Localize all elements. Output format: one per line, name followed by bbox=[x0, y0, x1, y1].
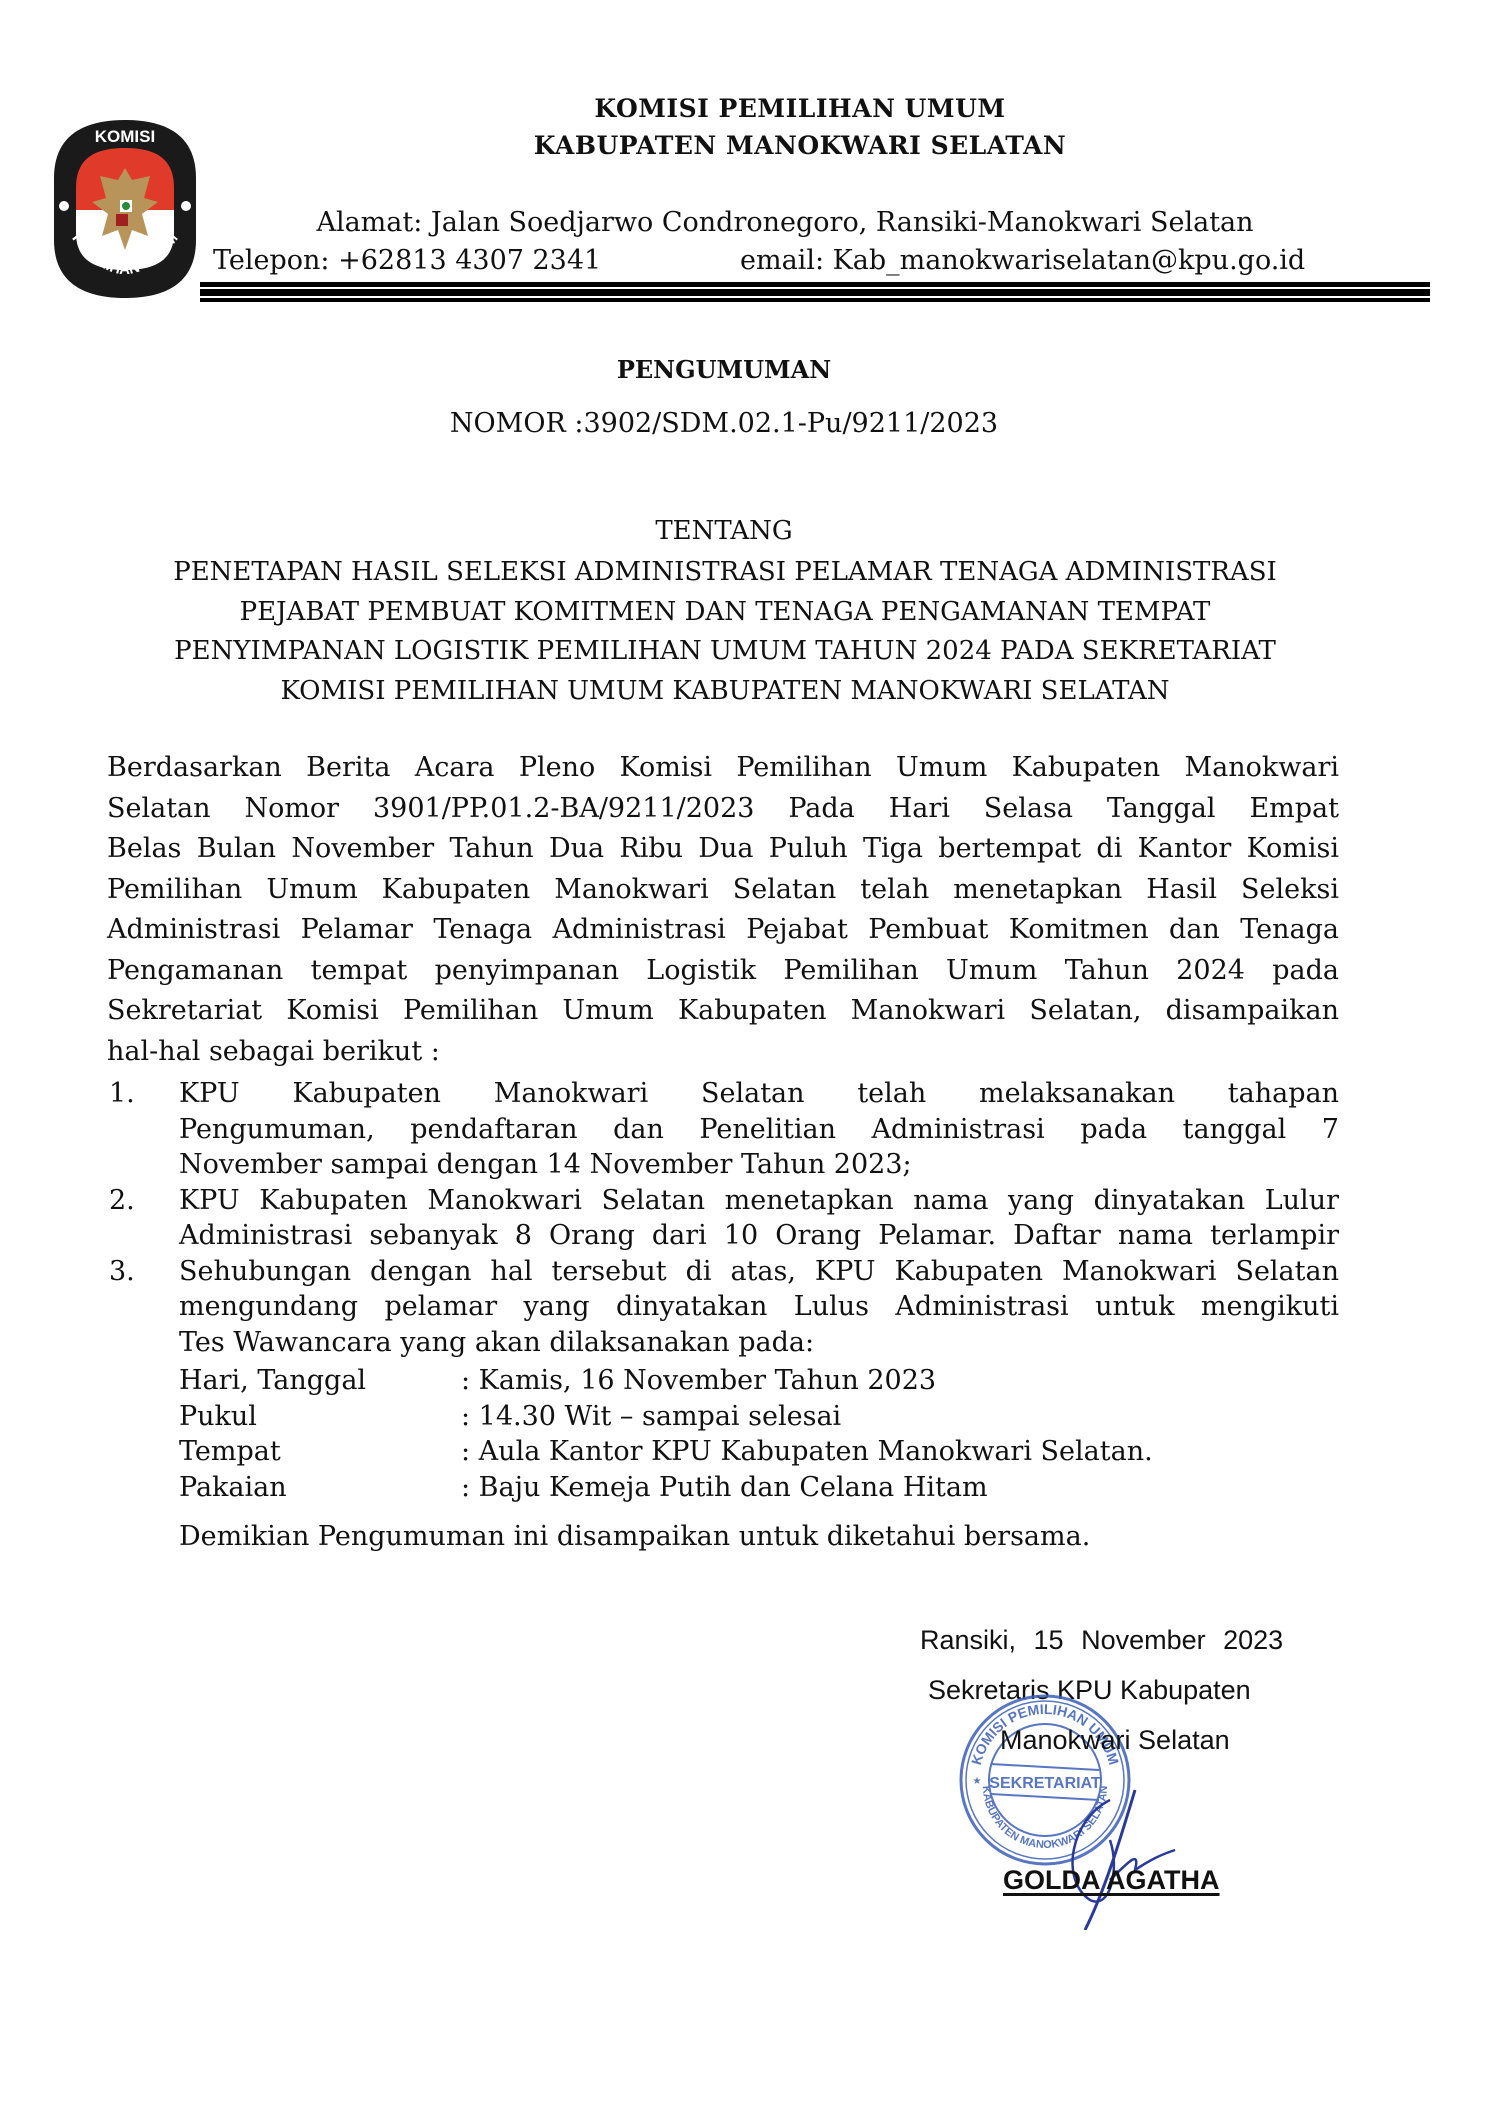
list-line: mengundang pelamar yang dinyatakan Lulus… bbox=[179, 1289, 1339, 1325]
body-line: Pengamanan tempat penyimpanan Logistik P… bbox=[107, 951, 1339, 992]
document-number: NOMOR :3902/SDM.02.1-Pu/9211/2023 bbox=[0, 408, 1448, 439]
subject-line: PEJABAT PEMBUAT KOMITMEN DAN TENAGA PENG… bbox=[100, 593, 1350, 633]
numbered-list: 1. KPU Kabupaten Manokwari Selatan telah… bbox=[107, 1076, 1339, 1360]
place-date: Ransiki, 15 November 2023 bbox=[920, 1625, 1283, 1656]
body-line: Belas Bulan November Tahun Dua Ribu Dua … bbox=[107, 829, 1339, 870]
svg-text:KOMISI: KOMISI bbox=[95, 127, 155, 146]
about-label: TENTANG bbox=[0, 516, 1448, 546]
svg-text:★: ★ bbox=[973, 1776, 982, 1787]
org-name-line1: KOMISI PEMILIHAN UMUM bbox=[300, 94, 1300, 123]
list-number: 2. bbox=[109, 1183, 135, 1219]
list-item: 1. KPU Kabupaten Manokwari Selatan telah… bbox=[107, 1076, 1339, 1183]
letterhead-divider bbox=[200, 298, 1430, 302]
detail-value: : Kamis, 16 November Tahun 2023 bbox=[461, 1363, 936, 1399]
detail-row: Hari, Tanggal : Kamis, 16 November Tahun… bbox=[179, 1363, 1153, 1399]
document-title: PENGUMUMAN bbox=[0, 355, 1448, 384]
handwritten-signature-icon bbox=[1050, 1780, 1200, 1930]
detail-row: Pakaian : Baju Kemeja Putih dan Celana H… bbox=[179, 1470, 1153, 1506]
body-line: Sekretariat Komisi Pemilihan Umum Kabupa… bbox=[107, 991, 1339, 1032]
body-line: Administrasi Pelamar Tenaga Administrasi… bbox=[107, 910, 1339, 951]
detail-label: Pukul bbox=[179, 1399, 461, 1435]
detail-row: Tempat : Aula Kantor KPU Kabupaten Manok… bbox=[179, 1434, 1153, 1470]
list-line: November sampai dengan 14 November Tahun… bbox=[179, 1147, 1339, 1183]
list-number: 1. bbox=[109, 1076, 135, 1112]
body-line: hal-hal sebagai berikut : bbox=[107, 1032, 1339, 1073]
detail-label: Pakaian bbox=[179, 1470, 461, 1506]
org-telephone: Telepon: +62813 4307 2341 bbox=[213, 245, 601, 276]
letterhead-divider bbox=[200, 282, 1430, 287]
list-line: Sehubungan dengan hal tersebut di atas, … bbox=[179, 1254, 1339, 1290]
document-subject: PENETAPAN HASIL SELEKSI ADMINISTRASI PEL… bbox=[100, 553, 1350, 711]
body-paragraph: Berdasarkan Berita Acara Pleno Komisi Pe… bbox=[107, 748, 1339, 1072]
signer-name: GOLDA AGATHA bbox=[1003, 1865, 1219, 1896]
list-line: KPU Kabupaten Manokwari Selatan telah me… bbox=[179, 1076, 1339, 1112]
list-number: 3. bbox=[109, 1254, 135, 1290]
detail-value: : Baju Kemeja Putih dan Celana Hitam bbox=[461, 1470, 988, 1506]
org-email: email: Kab_manokwariselatan@kpu.go.id bbox=[740, 245, 1305, 276]
detail-label: Tempat bbox=[179, 1434, 461, 1470]
org-address: Alamat: Jalan Soedjarwo Condronegoro, Ra… bbox=[230, 207, 1340, 238]
list-line: Administrasi sebanyak 8 Orang dari 10 Or… bbox=[179, 1218, 1339, 1254]
list-line: KPU Kabupaten Manokwari Selatan menetapk… bbox=[179, 1183, 1339, 1219]
body-line: Pemilihan Umum Kabupaten Manokwari Selat… bbox=[107, 870, 1339, 911]
list-item: 2. KPU Kabupaten Manokwari Selatan menet… bbox=[107, 1183, 1339, 1254]
interview-details: Hari, Tanggal : Kamis, 16 November Tahun… bbox=[179, 1363, 1153, 1505]
kpu-logo-icon: KOMISI PEMILIHAN UMUM bbox=[50, 118, 200, 300]
detail-value: : Aula Kantor KPU Kabupaten Manokwari Se… bbox=[461, 1434, 1153, 1470]
closing-statement: Demikian Pengumuman ini disampaikan untu… bbox=[179, 1521, 1090, 1552]
signer-role: Manokwari Selatan bbox=[1000, 1725, 1230, 1756]
org-name-line2: KABUPATEN MANOKWARI SELATAN bbox=[300, 131, 1300, 160]
detail-label: Hari, Tanggal bbox=[179, 1363, 461, 1399]
letterhead-divider bbox=[200, 289, 1430, 296]
subject-line: PENETAPAN HASIL SELEKSI ADMINISTRASI PEL… bbox=[100, 553, 1350, 593]
list-item: 3. Sehubungan dengan hal tersebut di ata… bbox=[107, 1254, 1339, 1361]
detail-value: : 14.30 Wit – sampai selesai bbox=[461, 1399, 841, 1435]
body-line: Berdasarkan Berita Acara Pleno Komisi Pe… bbox=[107, 748, 1339, 789]
body-line: Selatan Nomor 3901/PP.01.2-BA/9211/2023 … bbox=[107, 789, 1339, 830]
list-line: Pengumuman, pendaftaran dan Penelitian A… bbox=[179, 1112, 1339, 1148]
subject-line: KOMISI PEMILIHAN UMUM KABUPATEN MANOKWAR… bbox=[100, 672, 1350, 712]
list-line: Tes Wawancara yang akan dilaksanakan pad… bbox=[179, 1325, 1339, 1361]
subject-line: PENYIMPANAN LOGISTIK PEMILIHAN UMUM TAHU… bbox=[100, 632, 1350, 672]
detail-row: Pukul : 14.30 Wit – sampai selesai bbox=[179, 1399, 1153, 1435]
